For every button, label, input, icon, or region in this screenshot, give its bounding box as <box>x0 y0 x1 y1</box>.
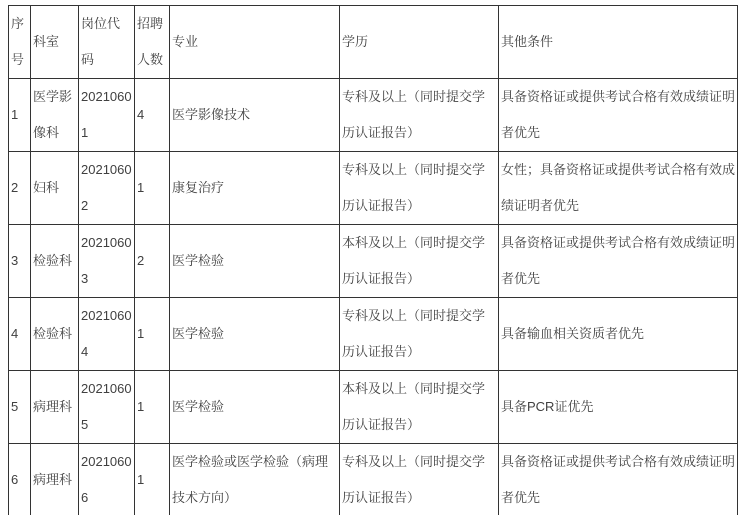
cell-other: 具备输血相关资质者优先 <box>499 298 738 371</box>
cell-count: 1 <box>135 371 170 444</box>
cell-department: 检验科 <box>31 225 79 298</box>
cell-department: 妇科 <box>31 152 79 225</box>
cell-other: 女性；具备资格证或提供考试合格有效成绩证明者优先 <box>499 152 738 225</box>
cell-major: 医学影像技术 <box>170 79 340 152</box>
cell-department: 检验科 <box>31 298 79 371</box>
table-row: 5病理科202106051医学检验本科及以上（同时提交学历认证报告）具备PCR证… <box>9 371 738 444</box>
cell-education: 专科及以上（同时提交学历认证报告） <box>340 152 499 225</box>
table-row: 2妇科202106021康复治疗专科及以上（同时提交学历认证报告）女性；具备资格… <box>9 152 738 225</box>
header-other: 其他条件 <box>499 6 738 79</box>
cell-education: 本科及以上（同时提交学历认证报告） <box>340 225 499 298</box>
table-row: 1医学影像科202106014医学影像技术专科及以上（同时提交学历认证报告）具备… <box>9 79 738 152</box>
cell-major: 康复治疗 <box>170 152 340 225</box>
cell-code: 20210606 <box>79 444 135 515</box>
cell-code: 20210605 <box>79 371 135 444</box>
cell-major: 医学检验或医学检验（病理技术方向） <box>170 444 340 515</box>
cell-code: 20210601 <box>79 79 135 152</box>
cell-count: 2 <box>135 225 170 298</box>
header-row: 序号 科室 岗位代码 招聘人数 专业 学历 其他条件 <box>9 6 738 79</box>
cell-major: 医学检验 <box>170 225 340 298</box>
cell-education: 专科及以上（同时提交学历认证报告） <box>340 298 499 371</box>
cell-code: 20210604 <box>79 298 135 371</box>
cell-department: 医学影像科 <box>31 79 79 152</box>
cell-major: 医学检验 <box>170 371 340 444</box>
cell-index: 2 <box>9 152 31 225</box>
table-row: 3检验科202106032医学检验本科及以上（同时提交学历认证报告）具备资格证或… <box>9 225 738 298</box>
cell-code: 20210602 <box>79 152 135 225</box>
cell-count: 1 <box>135 298 170 371</box>
cell-other: 具备PCR证优先 <box>499 371 738 444</box>
cell-index: 6 <box>9 444 31 515</box>
cell-education: 专科及以上（同时提交学历认证报告） <box>340 444 499 515</box>
header-index: 序号 <box>9 6 31 79</box>
table-row: 6病理科202106061医学检验或医学检验（病理技术方向）专科及以上（同时提交… <box>9 444 738 515</box>
table-row: 4检验科202106041医学检验专科及以上（同时提交学历认证报告）具备输血相关… <box>9 298 738 371</box>
header-code: 岗位代码 <box>79 6 135 79</box>
table-body: 1医学影像科202106014医学影像技术专科及以上（同时提交学历认证报告）具备… <box>9 79 738 515</box>
cell-education: 专科及以上（同时提交学历认证报告） <box>340 79 499 152</box>
header-count: 招聘人数 <box>135 6 170 79</box>
cell-department: 病理科 <box>31 444 79 515</box>
recruitment-table: 序号 科室 岗位代码 招聘人数 专业 学历 其他条件 1医学影像科2021060… <box>8 5 738 515</box>
cell-index: 4 <box>9 298 31 371</box>
cell-other: 具备资格证或提供考试合格有效成绩证明者优先 <box>499 79 738 152</box>
cell-index: 1 <box>9 79 31 152</box>
cell-count: 1 <box>135 152 170 225</box>
cell-count: 4 <box>135 79 170 152</box>
header-education: 学历 <box>340 6 499 79</box>
cell-education: 本科及以上（同时提交学历认证报告） <box>340 371 499 444</box>
cell-index: 3 <box>9 225 31 298</box>
header-department: 科室 <box>31 6 79 79</box>
cell-other: 具备资格证或提供考试合格有效成绩证明者优先 <box>499 444 738 515</box>
cell-department: 病理科 <box>31 371 79 444</box>
header-major: 专业 <box>170 6 340 79</box>
cell-code: 20210603 <box>79 225 135 298</box>
cell-index: 5 <box>9 371 31 444</box>
cell-other: 具备资格证或提供考试合格有效成绩证明者优先 <box>499 225 738 298</box>
cell-major: 医学检验 <box>170 298 340 371</box>
cell-count: 1 <box>135 444 170 515</box>
